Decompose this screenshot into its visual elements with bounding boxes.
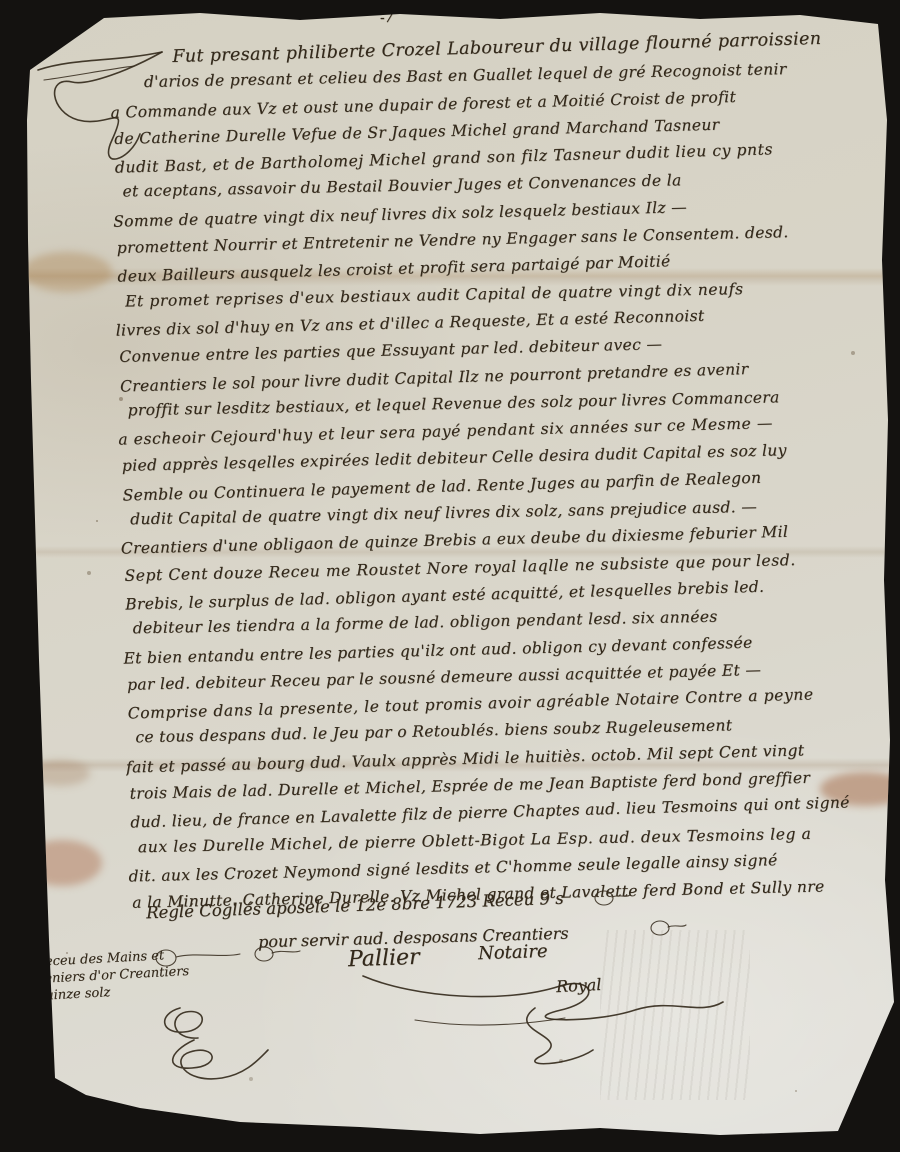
marginal-paraph-icon [150, 1000, 280, 1110]
paraph-mark-icon [648, 918, 688, 940]
notary-title: Notaire [478, 941, 548, 964]
edge-stain-left-top [22, 252, 112, 292]
manuscript-page: -7 Fut presant philiberte Crozel Laboure… [0, 0, 900, 1152]
paraph-mark-icon [592, 888, 632, 910]
marginal-fee-note: Receu des Mains etdeniers d'or Creantier… [35, 946, 191, 1005]
edge-stain-left-low [30, 760, 90, 786]
photo-background: -7 Fut presant philiberte Crozel Laboure… [0, 0, 900, 1152]
signature-paraph-icon [355, 962, 735, 1052]
foxing-speckles [0, 0, 2, 2]
edge-stain-left-bottom [22, 840, 102, 886]
page-mark: -7 [380, 10, 394, 26]
paraph-mark-icon [252, 944, 302, 966]
manuscript-text: Fut presant philiberte Crozel Laboureur … [112, 26, 900, 917]
